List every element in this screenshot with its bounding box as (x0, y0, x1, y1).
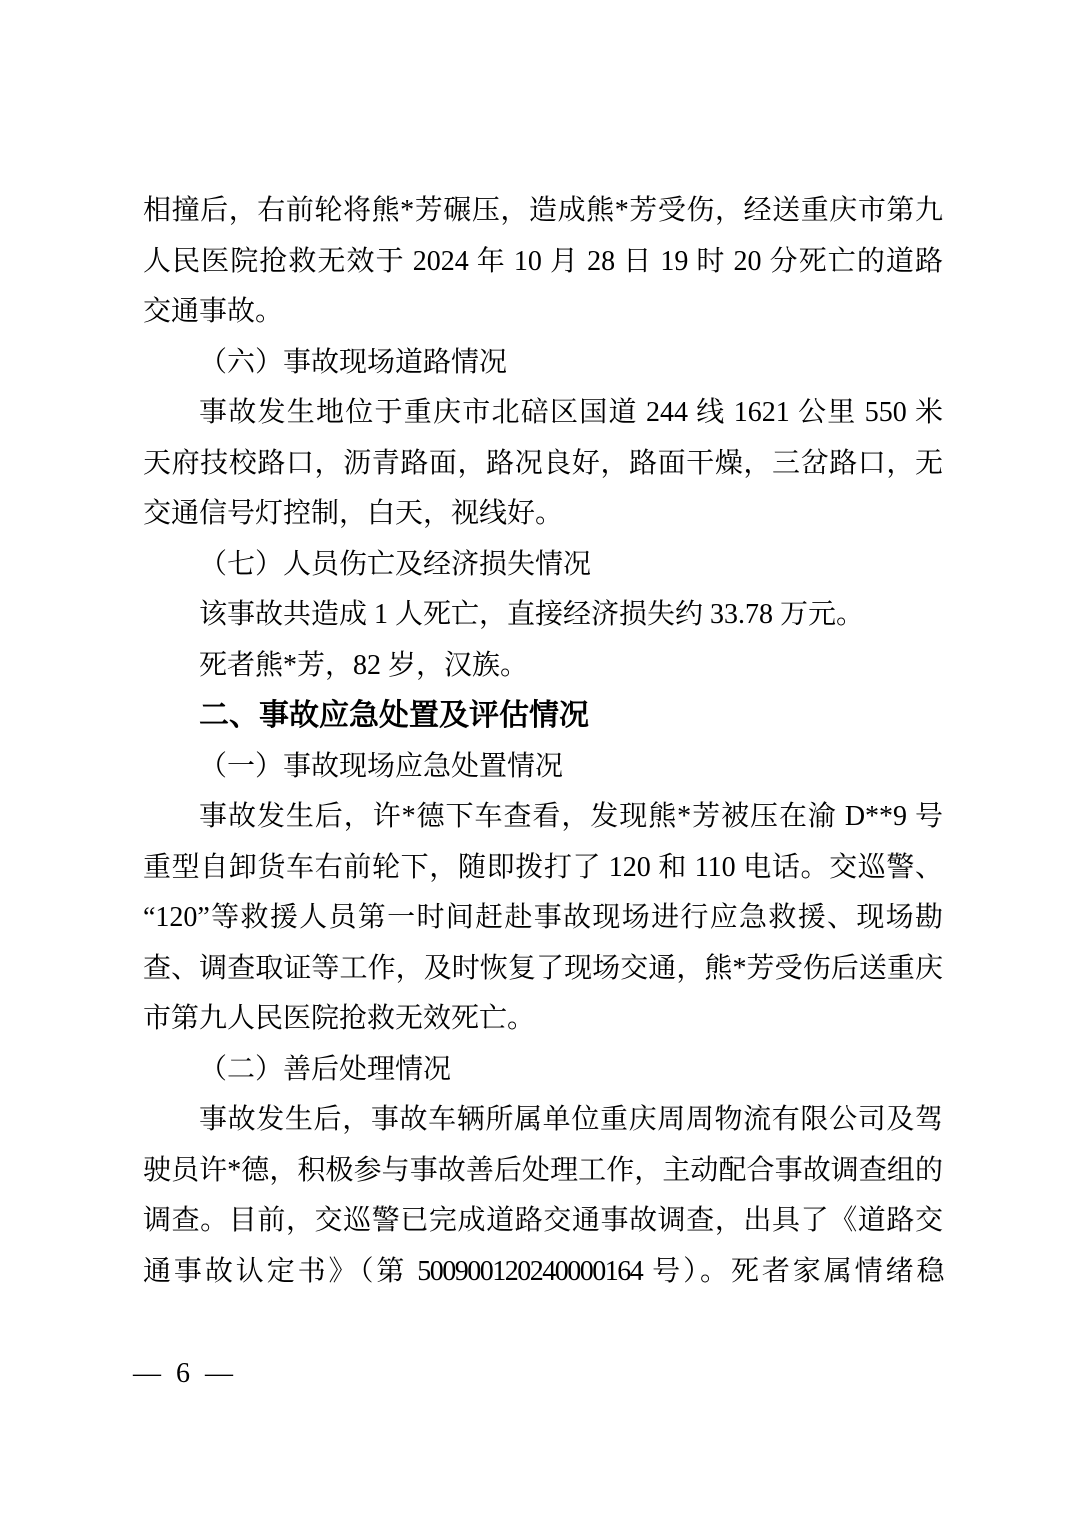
body-line: 重型自卸货车右前轮下，随即拨打了 120 和 110 电话。交巡警、 (143, 843, 943, 894)
subsection-heading: （六）事故现场道路情况 (143, 338, 943, 389)
body-line: 查、调查取证等工作，及时恢复了现场交通，熊*芳受伤后送重庆 (143, 944, 943, 995)
body-line: 事故发生后，许*德下车查看，发现熊*芳被压在渝 D**9 号 (143, 792, 943, 843)
body-line: 天府技校路口，沥青路面，路况良好，路面干燥，三岔路口，无 (143, 439, 943, 490)
subsection-heading: （二）善后处理情况 (143, 1045, 943, 1096)
body-line: 相撞后，右前轮将熊*芳碾压，造成熊*芳受伤，经送重庆市第九 (143, 186, 943, 237)
body-line: 事故发生地位于重庆市北碚区国道 244 线 1621 公里 550 米 (143, 388, 943, 439)
document-body: 相撞后，右前轮将熊*芳碾压，造成熊*芳受伤，经送重庆市第九 人民医院抢救无效于 … (143, 186, 943, 1297)
body-line: 人民医院抢救无效于 2024 年 10 月 28 日 19 时 20 分死亡的道… (143, 237, 943, 288)
body-line: 交通事故。 (143, 287, 943, 338)
section-heading: 二、事故应急处置及评估情况 (143, 691, 943, 742)
page-number: — 6 — (133, 1358, 233, 1390)
body-line: 该事故共造成 1 人死亡，直接经济损失约 33.78 万元。 (143, 590, 943, 641)
body-line: 死者熊*芳，82 岁，汉族。 (143, 641, 943, 692)
body-line: 通事故认定书》（第 500900120240000164 号）。死者家属情绪稳 (143, 1247, 943, 1298)
document-page: 相撞后，右前轮将熊*芳碾压，造成熊*芳受伤，经送重庆市第九 人民医院抢救无效于 … (0, 0, 1074, 1520)
body-line: 调查。目前，交巡警已完成道路交通事故调查，出具了《道路交 (143, 1196, 943, 1247)
body-line: 市第九人民医院抢救无效死亡。 (143, 994, 943, 1045)
body-line: 驶员许*德，积极参与事故善后处理工作，主动配合事故调查组的 (143, 1146, 943, 1197)
body-line: 交通信号灯控制，白天，视线好。 (143, 489, 943, 540)
subsection-heading: （一）事故现场应急处置情况 (143, 742, 943, 793)
body-line: “120”等救援人员第一时间赶赴事故现场进行应急救援、现场勘 (143, 893, 943, 944)
body-line: 事故发生后，事故车辆所属单位重庆周周物流有限公司及驾 (143, 1095, 943, 1146)
subsection-heading: （七）人员伤亡及经济损失情况 (143, 540, 943, 591)
